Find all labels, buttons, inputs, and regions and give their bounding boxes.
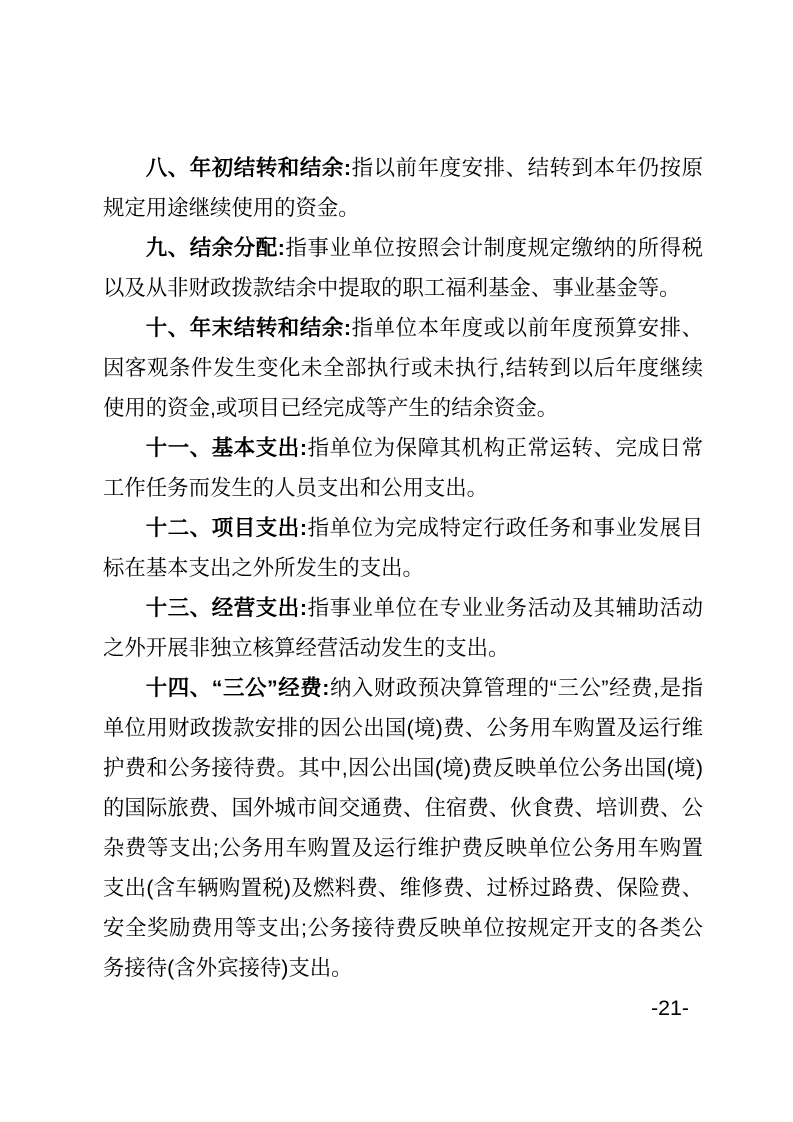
definition-term: 九、结余分配:: [146, 236, 285, 260]
definition-term: 十一、基本支出:: [146, 436, 307, 460]
definition-term: 十、年末结转和结余:: [146, 316, 351, 340]
definition-term: 十二、项目支出:: [146, 516, 307, 540]
document-page: 八、年初结转和结余:指以前年度安排、结转到本年仍按原规定用途继续使用的资金。 九…: [0, 0, 793, 1122]
definition-term: 十四、“三公”经费:: [146, 676, 330, 700]
definition-paragraph: 十、年末结转和结余:指单位本年度或以前年度预算安排、因客观条件发生变化未全部执行…: [103, 308, 703, 428]
definition-paragraph: 十一、基本支出:指单位为保障其机构正常运转、完成日常工作任务而发生的人员支出和公…: [103, 428, 703, 508]
definition-paragraph: 八、年初结转和结余:指以前年度安排、结转到本年仍按原规定用途继续使用的资金。: [103, 148, 703, 228]
definition-term: 十三、经营支出:: [146, 596, 307, 620]
definition-body: 纳入财政预决算管理的“三公”经费,是指单位用财政拨款安排的因公出国(境)费、公务…: [103, 676, 703, 980]
definition-paragraph: 九、结余分配:指事业单位按照会计制度规定缴纳的所得税以及从非财政拨款结余中提取的…: [103, 228, 703, 308]
page-number: -21-: [103, 988, 703, 1028]
definition-paragraph: 十三、经营支出:指事业单位在专业业务活动及其辅助活动之外开展非独立核算经营活动发…: [103, 588, 703, 668]
definition-paragraph: 十四、“三公”经费:纳入财政预决算管理的“三公”经费,是指单位用财政拨款安排的因…: [103, 668, 703, 988]
definition-term: 八、年初结转和结余:: [146, 156, 351, 180]
definition-paragraph: 十二、项目支出:指单位为完成特定行政任务和事业发展目标在基本支出之外所发生的支出…: [103, 508, 703, 588]
